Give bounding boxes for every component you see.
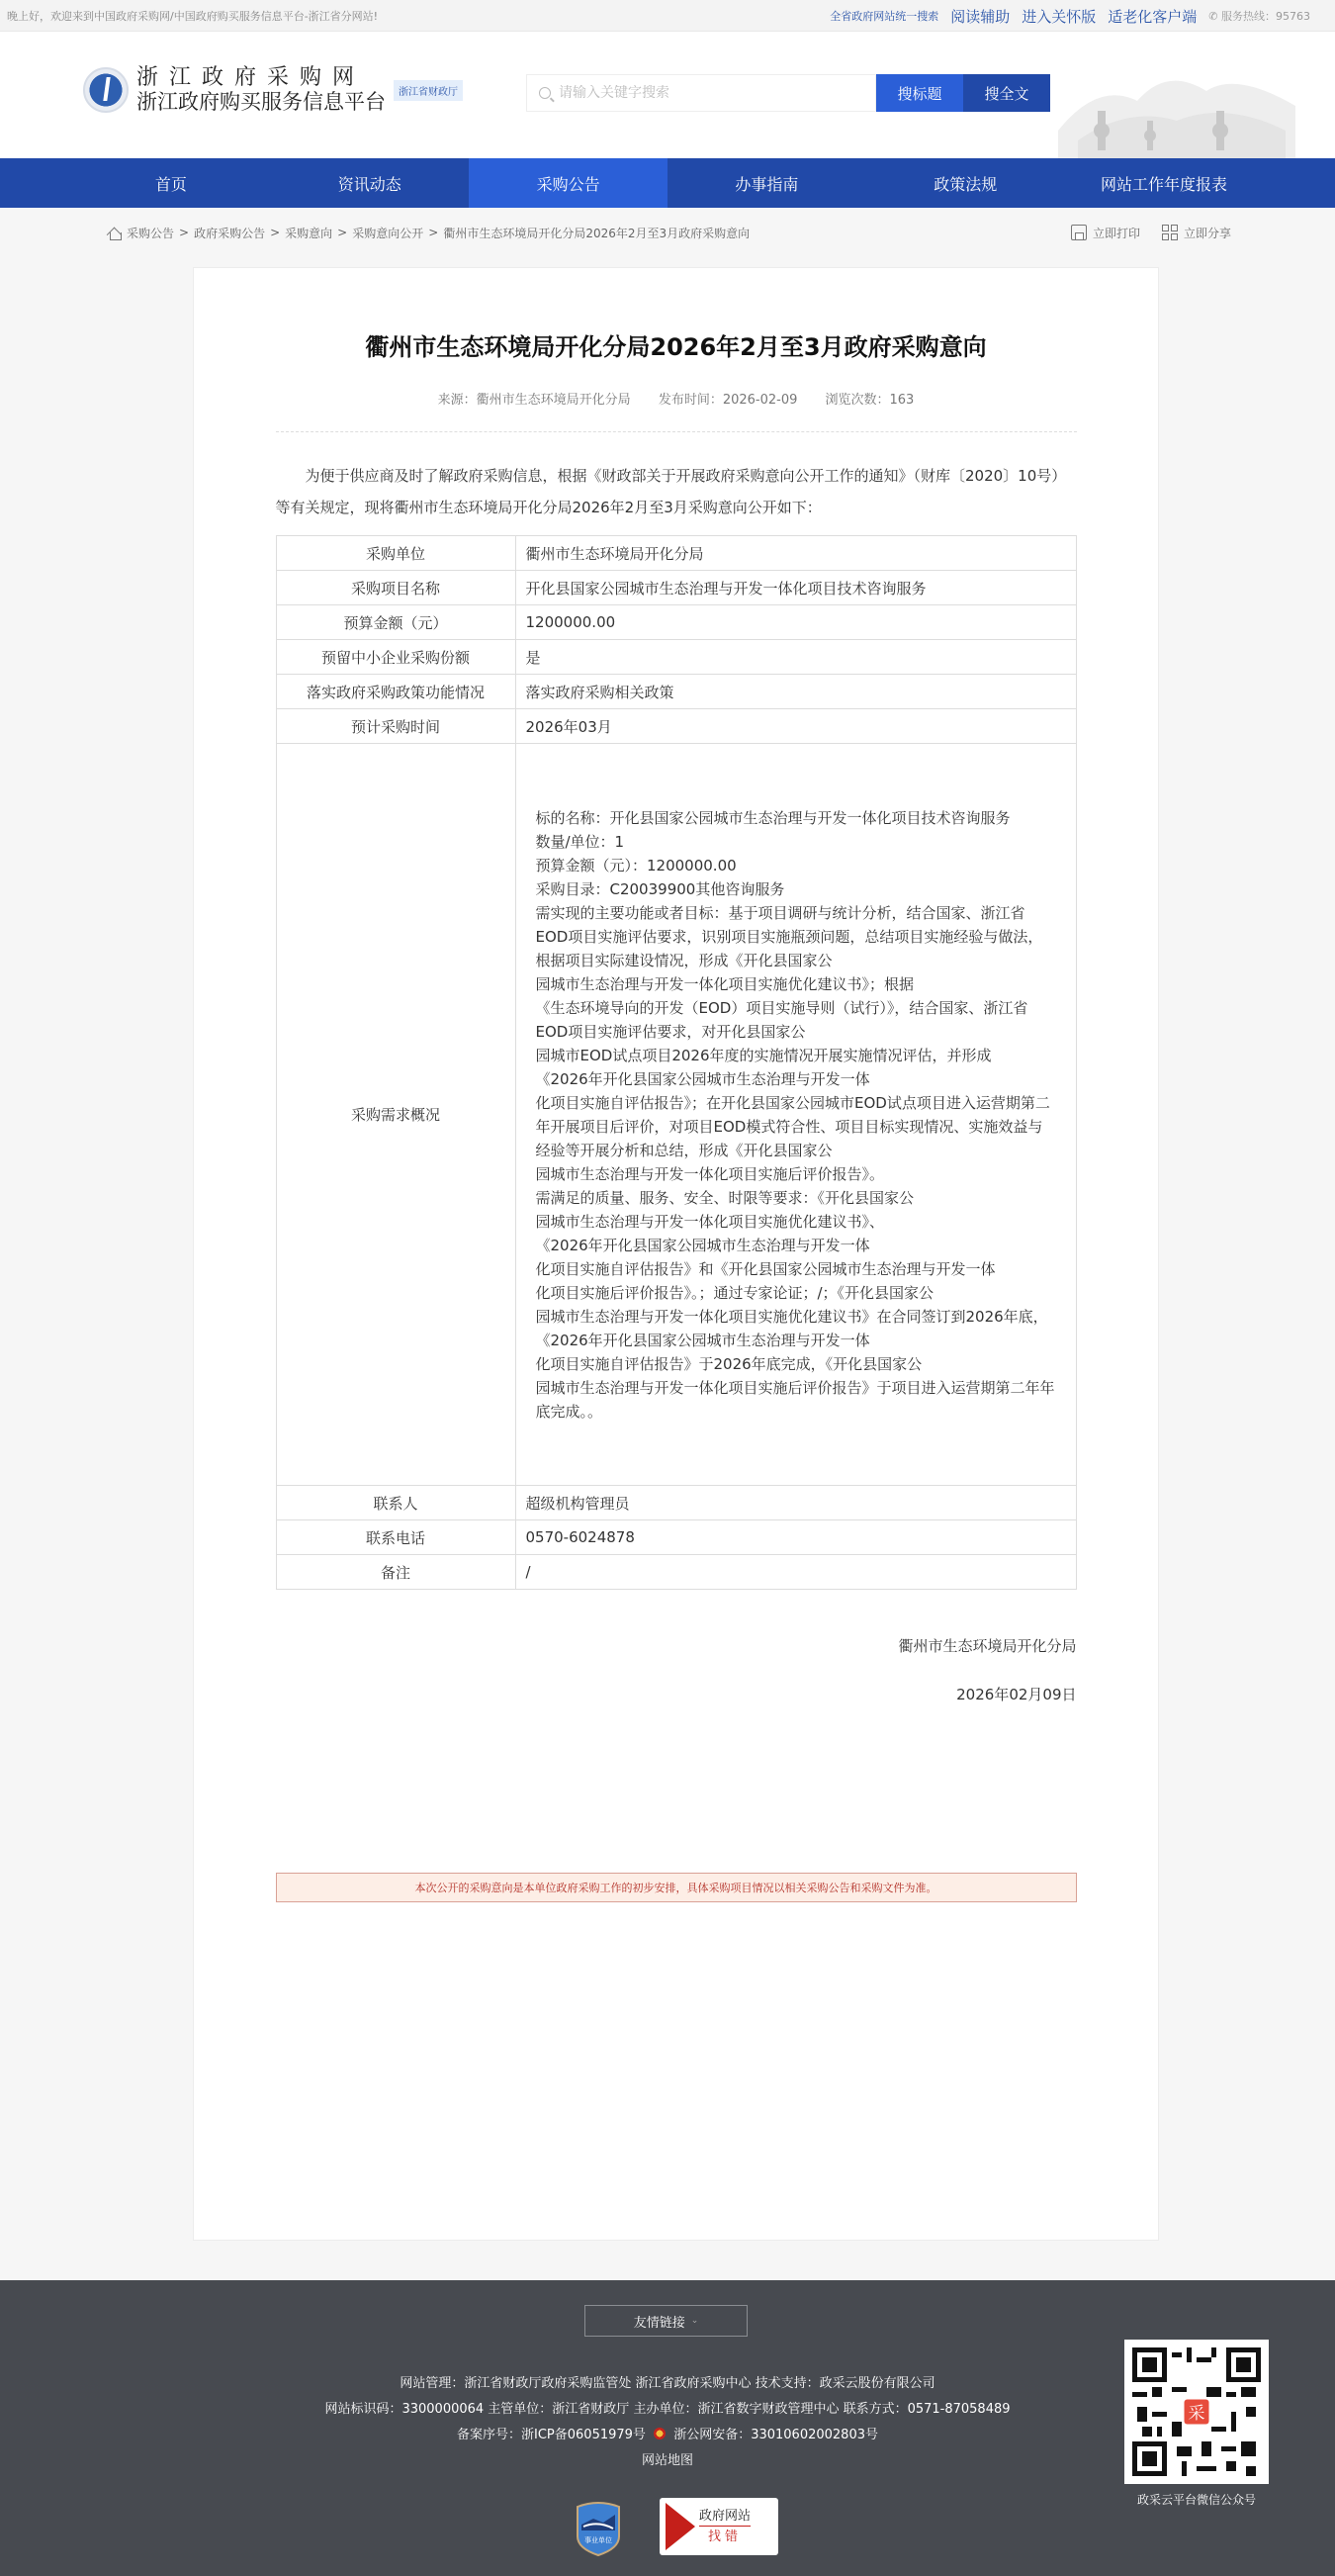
site-name-line2: 浙江政府购买服务信息平台 <box>136 92 386 113</box>
procurement-table: 采购单位衢州市生态环境局开化分局 采购项目名称开化县国家公园城市生态治理与开发一… <box>276 535 1077 1590</box>
table-value: 是 <box>515 640 1076 675</box>
logo-emblem-icon <box>83 67 129 113</box>
search-box <box>526 74 876 112</box>
table-key: 采购需求概况 <box>276 744 515 1486</box>
icp-link[interactable]: 备案序号：浙ICP备06051979号 <box>457 2428 646 2442</box>
scenery-decoration-icon <box>1058 61 1295 158</box>
home-icon[interactable] <box>108 227 122 239</box>
requirement-text: 标的名称：开化县国家公园城市生态治理与开发一体化项目技术咨询服务 数量/单位：1… <box>526 806 1066 1424</box>
search-title-button[interactable]: 搜标题 <box>876 74 963 112</box>
find-error-line1: 政府网站 <box>699 2510 751 2527</box>
article-views: 浏览次数：163 <box>826 393 915 408</box>
breadcrumb-separator: > <box>428 226 438 239</box>
elderly-client-link[interactable]: 适老化客户端 <box>1108 6 1197 27</box>
find-error-line2: 找错 <box>699 2530 751 2543</box>
site-name-line1: 浙江政府采购网 <box>136 67 386 89</box>
org-badge: 浙江省财政厅 <box>394 80 463 101</box>
table-value: 衢州市生态环境局开化分局 <box>515 536 1076 571</box>
search-icon <box>539 87 551 99</box>
table-value: / <box>515 1555 1076 1590</box>
find-error-button[interactable]: 政府网站 找错 <box>660 2498 778 2555</box>
nav-item-procurement-notices[interactable]: 采购公告 <box>469 158 667 208</box>
police-record-link[interactable]: 浙公网安备：33010602002803号 <box>673 2428 878 2442</box>
table-row: 预算金额（元）1200000.00 <box>276 605 1076 640</box>
table-row-requirement: 采购需求概况 标的名称：开化县国家公园城市生态治理与开发一体化项目技术咨询服务 … <box>276 744 1076 1486</box>
article-card: 衢州市生态环境局开化分局2026年2月至3月政府采购意向 来源：衢州市生态环境局… <box>193 267 1159 2241</box>
signature-date: 2026年02月09日 <box>276 1684 1077 1704</box>
disclaimer-notice: 本次公开的采购意向是本单位政府采购工作的初步安排，具体采购项目情况以相关采购公告… <box>276 1873 1077 1902</box>
welcome-text: 晚上好，欢迎来到中国政府采购网/中国政府购买服务信息平台-浙江省分网站! <box>7 8 378 24</box>
unit-badge-text: 事业单位 <box>584 2535 612 2544</box>
table-key: 采购单位 <box>276 536 515 571</box>
qr-code-icon: 采 <box>1132 2347 1261 2476</box>
table-value: 2026年03月 <box>515 709 1076 744</box>
breadcrumb-separator: > <box>337 226 347 239</box>
police-emblem-icon <box>654 2428 666 2439</box>
breadcrumb-item[interactable]: 采购公告 <box>127 225 174 241</box>
wechat-qr-code: 采 <box>1124 2340 1269 2484</box>
table-key: 预计采购时间 <box>276 709 515 744</box>
unified-search-link[interactable]: 全省政府网站统一搜索 <box>830 8 938 24</box>
signature-org: 衢州市生态环境局开化分局 <box>276 1635 1077 1656</box>
table-row: 预留中小企业采购份额是 <box>276 640 1076 675</box>
hotline: ✆ 服务热线：95763 <box>1208 8 1310 24</box>
article-meta: 来源：衢州市生态环境局开化分局 发布时间：2026-02-09 浏览次数：163 <box>194 389 1158 408</box>
table-value: 开化县国家公园城市生态治理与开发一体化项目技术咨询服务 <box>515 571 1076 605</box>
friend-links-label: 友情链接 <box>634 2312 685 2331</box>
qr-caption: 政采云平台微信公众号 <box>1098 2491 1295 2508</box>
header: 浙江政府采购网 浙江政府购买服务信息平台 浙江省财政厅 搜标题 搜全文 <box>0 32 1335 158</box>
nav-item-policies[interactable]: 政策法规 <box>866 158 1065 208</box>
chevron-down-icon: ⌄ <box>691 2316 699 2326</box>
nav-item-home[interactable]: 首页 <box>72 158 271 208</box>
table-key: 联系人 <box>276 1486 515 1520</box>
top-links: 全省政府网站统一搜索 阅读辅助 进入关怀版 适老化客户端 ✆ 服务热线：9576… <box>830 6 1310 27</box>
table-key: 联系电话 <box>276 1520 515 1555</box>
top-bar: 晚上好，欢迎来到中国政府采购网/中国政府购买服务信息平台-浙江省分网站! 全省政… <box>0 0 1335 32</box>
table-row: 预计采购时间2026年03月 <box>276 709 1076 744</box>
breadcrumb-item[interactable]: 采购意向 <box>285 225 332 241</box>
sitemap-link[interactable]: 网站地图 <box>642 2453 693 2468</box>
table-value: 标的名称：开化县国家公园城市生态治理与开发一体化项目技术咨询服务 数量/单位：1… <box>515 744 1076 1486</box>
table-row: 备注/ <box>276 1555 1076 1590</box>
friend-links-dropdown[interactable]: 友情链接 ⌄ <box>584 2305 748 2337</box>
article-title: 衢州市生态环境局开化分局2026年2月至3月政府采购意向 <box>194 327 1158 362</box>
print-button[interactable]: 立即打印 <box>1071 225 1140 241</box>
breadcrumb-item[interactable]: 采购意向公开 <box>352 225 423 241</box>
table-key: 预留中小企业采购份额 <box>276 640 515 675</box>
qr-share-icon <box>1162 225 1178 240</box>
public-institution-badge-icon[interactable]: 事业单位 <box>574 2501 623 2556</box>
site-logo[interactable]: 浙江政府采购网 浙江政府购买服务信息平台 浙江省财政厅 <box>83 67 463 113</box>
article-publish-time: 发布时间：2026-02-09 <box>659 393 798 408</box>
svg-text:采: 采 <box>1189 2404 1205 2424</box>
breadcrumb-current: 衢州市生态环境局开化分局2026年2月至3月政府采购意向 <box>443 225 750 241</box>
search-input[interactable] <box>559 85 855 101</box>
phone-icon: ✆ <box>1208 10 1221 23</box>
article-intro: 为便于供应商及时了解政府采购信息，根据《财政部关于开展政府采购意向公开工作的通知… <box>276 460 1077 523</box>
nav-item-news[interactable]: 资讯动态 <box>270 158 469 208</box>
nav-item-annual-report[interactable]: 网站工作年度报表 <box>1065 158 1264 208</box>
table-key: 预算金额（元） <box>276 605 515 640</box>
printer-icon <box>1071 225 1087 240</box>
table-key: 落实政府采购政策功能情况 <box>276 675 515 709</box>
table-row: 联系电话0570-6024878 <box>276 1520 1076 1555</box>
magnifier-icon <box>666 2503 695 2550</box>
table-row: 采购项目名称开化县国家公园城市生态治理与开发一体化项目技术咨询服务 <box>276 571 1076 605</box>
breadcrumb: 采购公告 > 政府采购公告 > 采购意向 > 采购意向公开 > 衢州市生态环境局… <box>84 208 1251 257</box>
main-nav: 首页 资讯动态 采购公告 办事指南 政策法规 网站工作年度报表 <box>0 158 1335 208</box>
table-value: 超级机构管理员 <box>515 1486 1076 1520</box>
table-row: 落实政府采购政策功能情况落实政府采购相关政策 <box>276 675 1076 709</box>
care-version-link[interactable]: 进入关怀版 <box>1022 6 1096 27</box>
reading-aid-link[interactable]: 阅读辅助 <box>950 6 1010 27</box>
signature: 衢州市生态环境局开化分局 2026年02月09日 <box>276 1635 1077 1704</box>
table-value: 0570-6024878 <box>515 1520 1076 1555</box>
table-value: 落实政府采购相关政策 <box>515 675 1076 709</box>
table-key: 备注 <box>276 1555 515 1590</box>
breadcrumb-separator: > <box>179 226 189 239</box>
table-row: 采购单位衢州市生态环境局开化分局 <box>276 536 1076 571</box>
breadcrumb-separator: > <box>270 226 280 239</box>
table-key: 采购项目名称 <box>276 571 515 605</box>
hotline-text: 服务热线：95763 <box>1221 10 1310 23</box>
print-label: 立即打印 <box>1093 225 1140 241</box>
share-label: 立即分享 <box>1184 225 1231 241</box>
divider <box>276 431 1077 432</box>
breadcrumb-item[interactable]: 政府采购公告 <box>194 225 265 241</box>
nav-item-guide[interactable]: 办事指南 <box>667 158 866 208</box>
table-row: 联系人超级机构管理员 <box>276 1486 1076 1520</box>
share-button[interactable]: 立即分享 <box>1162 225 1231 241</box>
article-source: 来源：衢州市生态环境局开化分局 <box>438 393 631 408</box>
search-full-button[interactable]: 搜全文 <box>963 74 1050 112</box>
table-value: 1200000.00 <box>515 605 1076 640</box>
